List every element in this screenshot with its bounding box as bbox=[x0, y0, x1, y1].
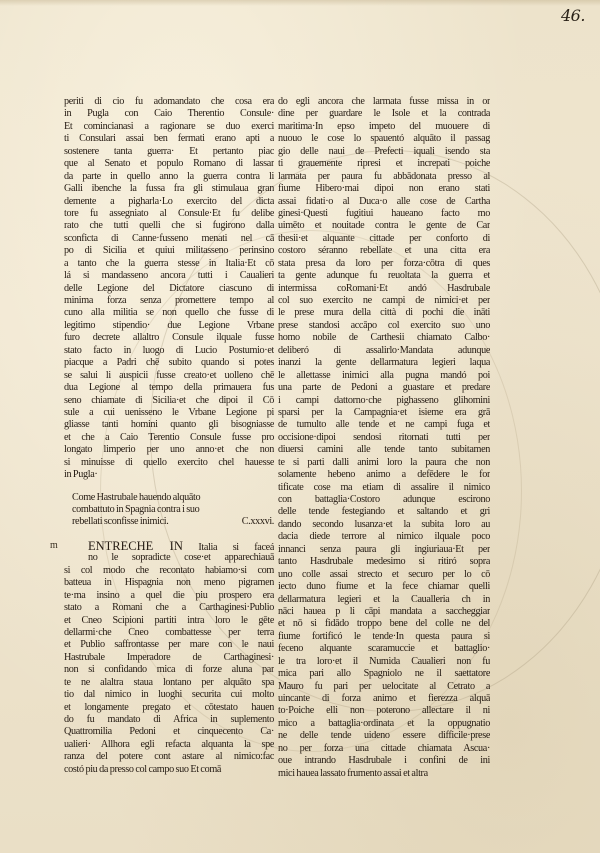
text-line: non si confidando mica di forze aluna pa… bbox=[64, 664, 274, 676]
folio-number: 46. bbox=[561, 6, 585, 25]
text-line: et longamente pregato et cōtestato hauen bbox=[64, 702, 274, 714]
text-line: dine per guardare le Isole et la contrad… bbox=[278, 108, 490, 120]
text-line: stato a Romani che a Carthaginesi·Publio bbox=[64, 602, 274, 614]
text-line: con battaglia·Costoro adunque escirono bbox=[278, 494, 490, 506]
heading-line-text: rebellati sconfisse inimici. bbox=[72, 516, 168, 527]
right-text-column: do egli ancora che larmata fusse missa i… bbox=[278, 96, 490, 780]
text-line: longato limperio per uno anno·et che non bbox=[64, 444, 274, 456]
text-line: a tanto che la guerra stesse in Italia·E… bbox=[64, 258, 274, 270]
text-line: assai fidati·o al Duca·o alle cose de Ca… bbox=[278, 196, 490, 208]
text-line: nāci hauea p li cāpi mandata a saccheggi… bbox=[278, 606, 490, 618]
heading-line: Come Hastrubale hauendo alquāto bbox=[72, 492, 274, 504]
text-line: ualieri· Allhora egli refacta alquanta l… bbox=[64, 739, 274, 751]
guide-letter: m bbox=[50, 540, 57, 552]
text-line: delle tende festegiando et saltando et g… bbox=[278, 506, 490, 518]
text-line: uno colle assai strecto et securo per lo… bbox=[278, 569, 490, 581]
text-line: legitimo stipendio· due Legione Vrbane bbox=[64, 320, 274, 332]
text-line: occisione·dipoi sendosi ritornati tutti … bbox=[278, 432, 490, 444]
text-line: costó piu da presso col campo suo Et com… bbox=[64, 764, 274, 776]
text-line: uincante di forza animo et fierezza alqu… bbox=[278, 693, 490, 705]
text-line: gliasse tanti homini quanto gli bisognia… bbox=[64, 419, 274, 431]
text-line: do egli ancora che larmata fusse missa i… bbox=[278, 96, 490, 108]
left-body-text-continued: si col modo che recontato habiamo·si com… bbox=[64, 565, 274, 776]
text-line: dacia diede terrore al nimico ilquale po… bbox=[278, 531, 490, 543]
text-line: te ne alaltra staua lontano per alquāto … bbox=[64, 677, 274, 689]
text-line: intermissa coRomani·Et andó Hasdrubale bbox=[278, 283, 490, 295]
text-line: no per forza una cittade chiamata Ascua· bbox=[278, 743, 490, 755]
text-line: tanto Hasdrubale medesimo si ritiró sopr… bbox=[278, 556, 490, 568]
text-line: diuersi camini alle tende tanto subitame… bbox=[278, 444, 490, 456]
text-line: sparsi per la Campagnia·et isieme era gr… bbox=[278, 407, 490, 419]
text-line: ti Consulari assai ben fermati erano apt… bbox=[64, 133, 274, 145]
text-line: sostenere tanta guerra· Et pertanto piac bbox=[64, 146, 274, 158]
text-line: lá si mandasseno ancora tutti i Caualier… bbox=[64, 270, 274, 282]
text-line: le tra loro·et il Numida Caualieri non f… bbox=[278, 656, 490, 668]
text-line: homo nobile de Carthesii chiamato Calbo· bbox=[278, 332, 490, 344]
text-line: fiume Hibero·mai dipoi non erano stati bbox=[278, 183, 490, 195]
left-body-text: periti di cio fu adomandato che cosa era… bbox=[64, 96, 274, 482]
incipit-line-rest: Italia si faceá bbox=[198, 542, 274, 552]
text-line: i campi dattorno·che pighasseno glihomin… bbox=[278, 395, 490, 407]
text-line: tificate cose ma etiam di assalire il ni… bbox=[278, 482, 490, 494]
text-line: po di Sicilia et quiui militasseno perin… bbox=[64, 245, 274, 257]
text-line: stato facto in luogo di Lucio Postumio·e… bbox=[64, 345, 274, 357]
chapter-heading: Come Hastrubale hauendo alquāto combattu… bbox=[64, 492, 274, 529]
text-line: nuouo le cose lo spauentó alquāto il pas… bbox=[278, 133, 490, 145]
left-text-column: periti di cio fu adomandato che cosa era… bbox=[64, 96, 274, 776]
text-line: thesii·et alquante cittade per conforto … bbox=[278, 233, 490, 245]
text-line: Galli ibenche la fussa fra gli stimulaua… bbox=[64, 183, 274, 195]
text-line: dellarmi·che Cneo combattesse per terra bbox=[64, 627, 274, 639]
text-line: ne delle tende uideno essere difficile·p… bbox=[278, 730, 490, 742]
text-line: si minuisse di quello exercito chel haue… bbox=[64, 457, 274, 469]
text-line: piacque a Padri chē subito quando si pot… bbox=[64, 357, 274, 369]
text-line: stata presa da loro per forza·cōtra di q… bbox=[278, 258, 490, 270]
text-line: deliberó di assalirlo·Mandata adunque bbox=[278, 345, 490, 357]
text-line: dellarmatura legieri et la Caualleria ch… bbox=[278, 594, 490, 606]
text-line: larmata per paura fu abbādonata presso a… bbox=[278, 171, 490, 183]
text-line: de tumulto alle tende et ne campi fuga e… bbox=[278, 419, 490, 431]
incipit-first-line: ENTRECHE IN Italia si faceá bbox=[64, 540, 274, 552]
text-line: Et comincianasi a ragionare se duo exerc… bbox=[64, 121, 274, 133]
text-line: Mauro fu pari per uelocitate al Cetrato … bbox=[278, 681, 490, 693]
text-line: et Publio saffrontasse per mare con le n… bbox=[64, 639, 274, 651]
text-line: mico a battaglia·ordinata et la oppugnat… bbox=[278, 718, 490, 730]
text-line: da parte in quello anno la guerra contra… bbox=[64, 171, 274, 183]
text-line: que al Senato et populo Romano di lassar bbox=[64, 158, 274, 170]
text-line: si col modo che recontato habiamo·si com bbox=[64, 565, 274, 577]
text-line: furo decrete allaltro Consule ilquale fu… bbox=[64, 332, 274, 344]
incipit-second-line: no le sopradicte cose·et apparechiauā bbox=[64, 552, 274, 564]
text-line: Quattromilia Pedoni et cinquecento Ca· bbox=[64, 726, 274, 738]
text-line: do fu mandato di Africa in suplemento bbox=[64, 714, 274, 726]
text-line: delle Legione del Dictatore ciascuno di bbox=[64, 283, 274, 295]
text-line: ta gente adunque fu reuoltata la guerra … bbox=[278, 270, 490, 282]
heading-line: rebellati sconfisse inimici. C.xxxvi. bbox=[72, 516, 274, 528]
page-edge-shadow bbox=[0, 0, 600, 6]
text-line: prese standosi accāpo col exercito suo u… bbox=[278, 320, 490, 332]
text-line: ginesi·Questi fugitiui haueano facto mo bbox=[278, 208, 490, 220]
text-line: iecto duno fiume et la fece chiamar quel… bbox=[278, 581, 490, 593]
text-line: se salui li auspicii fusse creato·et uol… bbox=[64, 370, 274, 382]
text-line: rato che tutti quelli che si fugirono da… bbox=[64, 220, 274, 232]
text-line: feceno alquante scaramuccie et battaglio… bbox=[278, 643, 490, 655]
text-line: una parte de Pedoni a guastare et predar… bbox=[278, 382, 490, 394]
text-line: dua Legione al tempo della primauera fus bbox=[64, 382, 274, 394]
text-line: demente a pigharla·Lo exercito del dicta bbox=[64, 196, 274, 208]
chapter-number: C.xxxvi. bbox=[242, 516, 274, 528]
text-line: tio dal nimico in luoghi securita cui mo… bbox=[64, 689, 274, 701]
text-line: in Pugla· bbox=[64, 469, 274, 481]
text-line: to·Poiche elli non poterono allectare il… bbox=[278, 705, 490, 717]
text-line: sconficta di Canne·fusseno menati nel cā bbox=[64, 233, 274, 245]
text-line: et Cneo Scipioni partiti intra loro le g… bbox=[64, 615, 274, 627]
initial-words: ENTRECHE IN bbox=[88, 540, 183, 552]
text-line: uimēto et nouitade contra le gente de Ca… bbox=[278, 220, 490, 232]
text-line: cuno alla militia se non quello che fuss… bbox=[64, 307, 274, 319]
heading-line: combattuto in Spagnia contra i suo bbox=[72, 504, 274, 516]
text-line: costoro séranno rebellate et una citta e… bbox=[278, 245, 490, 257]
text-line: et che a Caio Terentio Consule fusse pro bbox=[64, 432, 274, 444]
text-line: innanci senza paura gli ingiuriaua·Et pe… bbox=[278, 544, 490, 556]
text-line: batteua in Hispagnia non meno pigramen bbox=[64, 577, 274, 589]
manuscript-page: 46. periti di cio fu adomandato che cosa… bbox=[0, 0, 600, 853]
text-line: periti di cio fu adomandato che cosa era bbox=[64, 96, 274, 108]
text-line: mici hauea lassato frumento assai et alt… bbox=[278, 768, 490, 780]
text-line: fiume fortificó le tende·In questa paura… bbox=[278, 631, 490, 643]
text-line: et nō si fidādo troppo bene del colle ne… bbox=[278, 618, 490, 630]
text-line: inanzi la gente dellarmatura legieri laq… bbox=[278, 357, 490, 369]
text-line: te si parti dalli animi loro la paura ch… bbox=[278, 457, 490, 469]
text-line: in Pugla con Caio Therentio Consule· bbox=[64, 108, 274, 120]
text-line: ti grauemente ripresi et increpati poich… bbox=[278, 158, 490, 170]
text-line: solamente hebeno animo a defēdere le for bbox=[278, 469, 490, 481]
text-line: sule a cui uenisseno le Vrbane Legione p… bbox=[64, 407, 274, 419]
text-line: ranza del potere cont astare al nimico:f… bbox=[64, 751, 274, 763]
text-line: minima forza senza promettere tempo al bbox=[64, 295, 274, 307]
text-line: le allettasse inimici alla pugna mandó p… bbox=[278, 370, 490, 382]
text-line: maritima·In epso impeto del muouere di bbox=[278, 121, 490, 133]
text-line: oue intrando Hasdrubale i confini de ini bbox=[278, 755, 490, 767]
text-line: tore fu assegniato al Consule·Et fu deli… bbox=[64, 208, 274, 220]
text-line: te·ma insino a quel die piu prospero era bbox=[64, 590, 274, 602]
text-line: mica pari allo Spagniolo ne il saettator… bbox=[278, 668, 490, 680]
text-line: gio delle naui de Prefecti iquali isendo… bbox=[278, 146, 490, 158]
text-line: col suo exercito ne campi de nimici·et p… bbox=[278, 295, 490, 307]
text-line: dando secondo lusanza·et la subita loro … bbox=[278, 519, 490, 531]
text-line: le prese mura della città di pochi die i… bbox=[278, 307, 490, 319]
text-line: Hastrubale Imperadore de Carthaginesi· bbox=[64, 652, 274, 664]
chapter-incipit: m ENTRECHE IN Italia si faceá no le sopr… bbox=[64, 540, 274, 565]
text-line: seno chiamate di Sicilia·et che dipoi il… bbox=[64, 395, 274, 407]
